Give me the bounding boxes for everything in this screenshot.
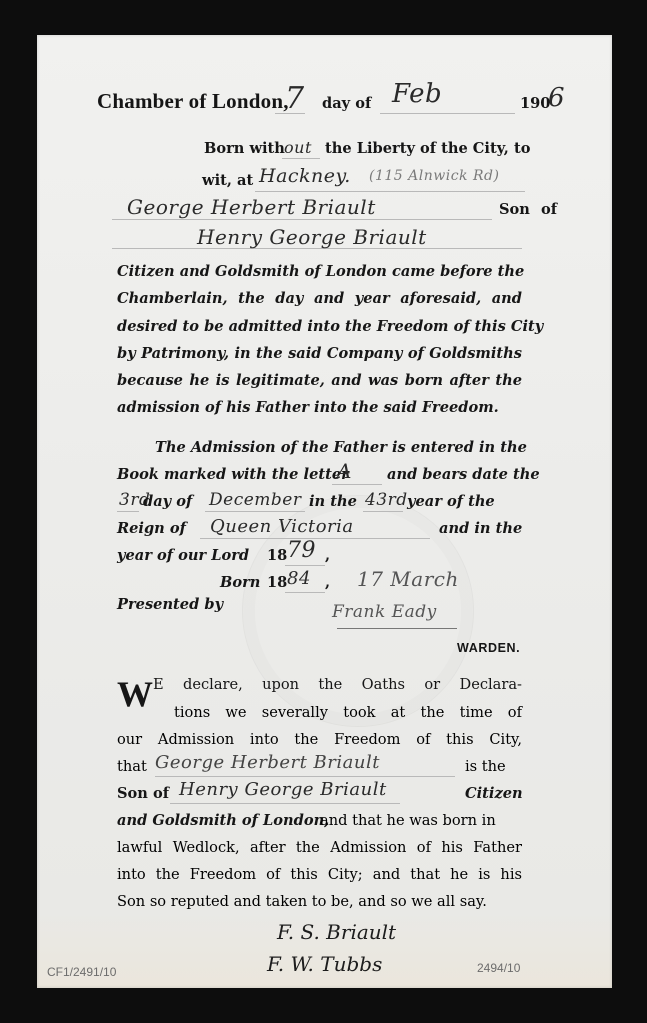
warden-label: WARDEN. <box>457 641 520 655</box>
declaration-line-6: and that he was born in <box>320 812 496 829</box>
day-of-label-2: day of <box>143 493 192 510</box>
born-label: Born <box>220 574 260 591</box>
son-of-label: Son of <box>499 201 557 218</box>
born-year-value: 84 <box>287 568 311 589</box>
citizen-label: Citizen <box>465 785 523 802</box>
regnal-year: 43rd <box>365 490 408 510</box>
petition-line-3: desired to be admitted into the Freedom … <box>117 318 522 335</box>
declaration-dropcap: W <box>117 676 153 712</box>
reign-of-label: Reign of <box>117 520 186 537</box>
wit-at-label: wit, at <box>202 172 253 189</box>
bears-date-label: and bears date the <box>387 466 540 483</box>
declaration-line-1: E declare, upon the Oaths or Declara- <box>153 676 522 693</box>
and-in-the-label: and in the <box>439 520 522 537</box>
liberty-text: the Liberty of the City, to <box>325 140 530 157</box>
candidate-name: George Herbert Briault <box>127 195 376 219</box>
petition-line-2: Chamberlain, the day and year aforesaid,… <box>117 290 522 307</box>
petition-line-1: Citizen and Goldsmith of London came bef… <box>117 263 522 280</box>
father-name: Henry George Briault <box>197 225 427 249</box>
born-with-label: Born with <box>204 140 285 157</box>
declared-candidate-name: George Herbert Briault <box>155 752 380 773</box>
admission-line-1: The Admission of the Father is entered i… <box>155 439 522 456</box>
is-the-label: is the <box>465 758 506 775</box>
book-marked-label: Book marked with the letter <box>117 466 349 483</box>
lord-year-label: year of our Lord <box>117 547 249 564</box>
declaration-line-7: lawful Wedlock, after the Admission of h… <box>117 839 522 856</box>
declared-father-name: Henry George Briault <box>179 779 387 800</box>
address-note: (115 Alnwick Rd) <box>369 168 499 184</box>
archive-reference-left: CF1/2491/10 <box>47 965 116 979</box>
born-date-note: 17 March <box>357 567 459 591</box>
year-prefix: 190 <box>520 95 550 112</box>
signature-1: F. S. Briault <box>277 920 396 944</box>
petition-line-5: because he is legitimate, and was born a… <box>117 372 522 389</box>
born-without-fill: out <box>284 138 312 157</box>
document-page: Chamber of London, 7 day of Feb 190 6 Bo… <box>37 35 612 988</box>
year-of-the-label: year of the <box>407 493 495 510</box>
comma: , <box>325 574 330 591</box>
son-of-label-2: Son of <box>117 785 169 802</box>
petition-line-6: admission of his Father into the said Fr… <box>117 399 499 416</box>
lord-year-prefix: 18 <box>267 547 287 564</box>
warden-signature: Frank Eady <box>332 602 437 622</box>
admission-month: December <box>209 490 301 510</box>
declaration-line-3: our Admission into the Freedom of this C… <box>117 731 522 748</box>
comma: , <box>325 547 330 564</box>
declaration-line-8: into the Freedom of this City; and that … <box>117 866 522 883</box>
lord-year-value: 79 <box>287 538 316 563</box>
in-the-label: in the <box>309 493 357 510</box>
petition-line-4: by Patrimony, in the said Company of Gol… <box>117 345 522 362</box>
year-value: 6 <box>548 83 565 113</box>
document-title: Chamber of London, <box>97 89 289 114</box>
born-year-prefix: 18 <box>267 574 287 591</box>
day-value: 7 <box>285 81 305 116</box>
day-of-label: day of <box>322 95 371 112</box>
month-value: Feb <box>392 79 442 109</box>
birthplace: Hackney. <box>259 165 351 187</box>
signature-2: F. W. Tubbs <box>267 952 382 976</box>
declaration-line-9: Son so reputed and taken to be, and so w… <box>117 893 487 910</box>
that-label: that <box>117 758 147 775</box>
archive-reference-right: 2494/10 <box>477 961 520 975</box>
book-letter: A <box>337 459 352 483</box>
goldsmith-of-london: and Goldsmith of London, <box>117 812 329 829</box>
monarch-name: Queen Victoria <box>210 516 354 537</box>
declaration-line-2: tions we severally took at the time of <box>174 704 522 721</box>
presented-by-label: Presented by <box>117 596 223 613</box>
